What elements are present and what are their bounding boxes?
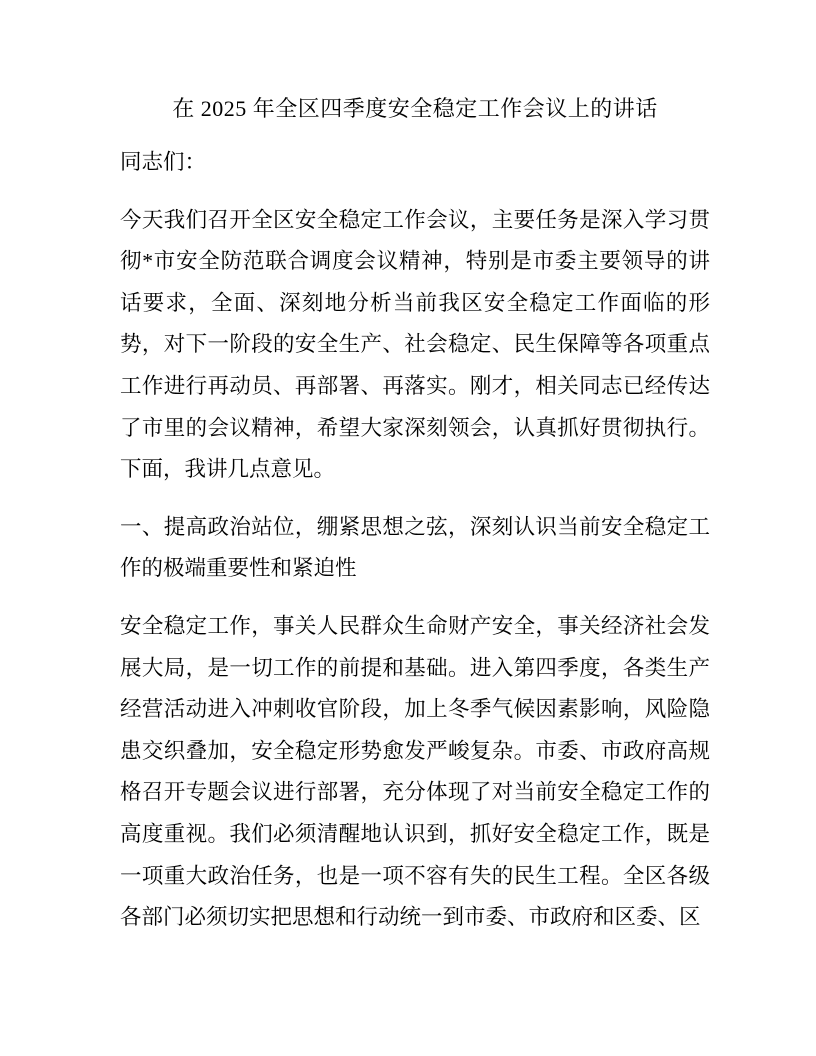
paragraph-opening: 今天我们召开全区安全稳定工作会议，主要任务是深入学习贯彻*市安全防范联合调度会议… xyxy=(120,200,710,491)
section-heading-1: 一、提高政治站位，绷紧思想之弦，深刻认识当前安全稳定工作的极端重要性和紧迫性 xyxy=(120,507,710,590)
paragraph-section-1: 安全稳定工作，事关人民群众生命财产安全，事关经济社会发展大局，是一切工作的前提和… xyxy=(120,606,710,939)
document-title: 在 2025 年全区四季度安全稳定工作会议上的讲话 xyxy=(120,87,710,131)
document-page: 在 2025 年全区四季度安全稳定工作会议上的讲话 同志们： 今天我们召开全区安… xyxy=(0,0,816,1056)
salutation: 同志们： xyxy=(120,142,710,184)
